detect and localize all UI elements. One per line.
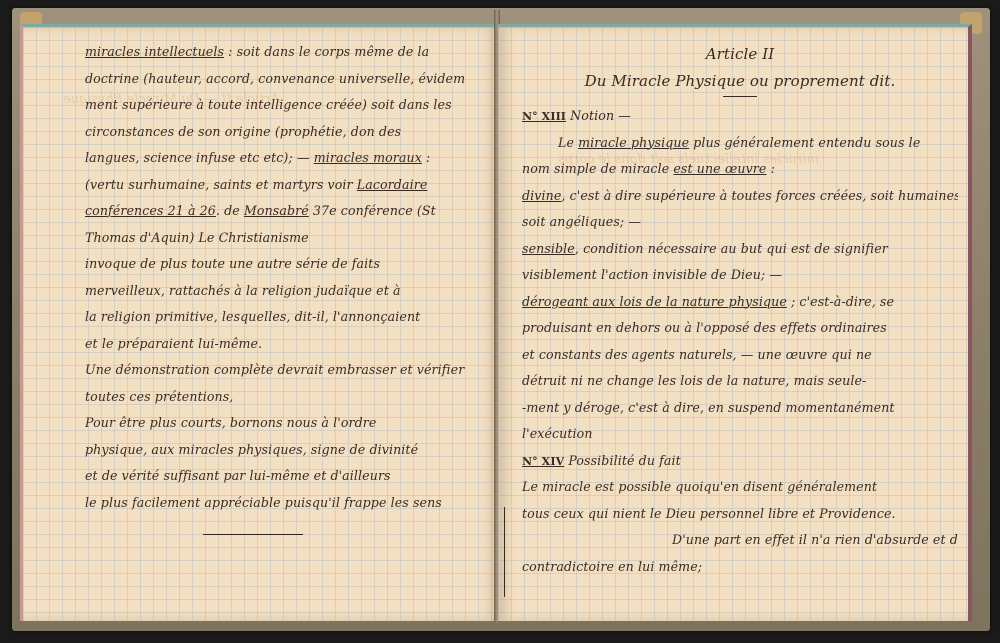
handwritten-line: Pour être plus courts, bornons nous à l'… [85, 410, 493, 437]
handwritten-line: sensible, condition nécessaire au but qu… [522, 236, 958, 263]
handwritten-line: visiblement l'action invisible de Dieu; … [522, 262, 958, 289]
text-run: visiblement l'action invisible de Dieu; … [522, 267, 782, 282]
underlined-phrase: Monsabré [244, 203, 309, 218]
heading-dash [723, 96, 757, 97]
text-run: ; c'est-à-dire, se [787, 294, 894, 309]
handwritten-line: physique, aux miracles physiques, signe … [85, 437, 493, 464]
handwritten-line: circonstances de son origine (prophétie,… [85, 119, 493, 146]
underlined-phrase: est une œuvre [673, 161, 766, 176]
text-run: -ment y déroge, c'est à dire, en suspend… [522, 400, 895, 415]
handwritten-line: l'exécution [522, 421, 958, 448]
handwritten-line: langues, science infuse etc etc); — mira… [85, 145, 493, 172]
handwritten-line: dérogeant aux lois de la nature physique… [522, 289, 958, 316]
handwritten-line: ment supérieure à toute intelligence cré… [85, 92, 493, 119]
handwritten-line: Le miracle physique plus généralement en… [522, 130, 958, 157]
text-run: (vertu surhumaine, saints et martyrs voi… [85, 177, 357, 192]
underlined-phrase: miracle physique [578, 135, 689, 150]
handwritten-line: et de vérité suffisant par lui-même et d… [85, 463, 493, 490]
handwritten-line: nom simple de miracle est une œuvre : [522, 156, 958, 183]
section-title: Notion — [570, 108, 631, 123]
underlined-phrase: Lacordaire [357, 177, 428, 192]
handwritten-line: (vertu surhumaine, saints et martyrs voi… [85, 172, 493, 199]
text-run: invoque de plus toute une autre série de… [85, 256, 380, 271]
handwritten-line: Le miracle est possible quoiqu'en disent… [522, 474, 958, 501]
article-heading: Article II [522, 41, 958, 68]
section-heading-13: N° XIII Notion — [522, 103, 958, 130]
right-page: miracles intellectuels soit dans le corp… [498, 24, 972, 621]
right-page-text: Article II Du Miracle Physique ou propre… [522, 41, 958, 580]
text-run: ment supérieure à toute intelligence cré… [85, 97, 452, 112]
text-run: , c'est à dire supérieure à toutes force… [561, 188, 958, 203]
text-run: Le [558, 135, 578, 150]
margin-bracket [504, 507, 505, 597]
text-run: contradictoire en lui même; [522, 559, 702, 574]
text-run: l'exécution [522, 426, 593, 441]
text-run: nom simple de miracle [522, 161, 673, 176]
section-end-rule [203, 534, 303, 535]
text-run: merveilleux, rattachés à la religion jud… [85, 283, 401, 298]
handwritten-line: Une démonstration complète devrait embra… [85, 357, 493, 384]
text-run: D'une part en effet il n'a rien d'absurd… [672, 532, 958, 547]
text-run: et le préparaient lui-même. [85, 336, 262, 351]
handwritten-line: doctrine (hauteur, accord, convenance un… [85, 66, 493, 93]
handwritten-line: -ment y déroge, c'est à dire, en suspend… [522, 395, 958, 422]
text-run: : soit dans le corps même de la [224, 44, 429, 59]
text-run: tous ceux qui nient le Dieu personnel li… [522, 506, 896, 521]
text-run: le plus facilement appréciable puisqu'il… [85, 495, 442, 510]
text-run: Une démonstration complète devrait embra… [85, 362, 464, 377]
section-13-body: Le miracle physique plus généralement en… [522, 130, 958, 448]
text-run: Le miracle est possible quoiqu'en disent… [522, 479, 877, 494]
text-run: toutes ces prétentions, [85, 389, 233, 404]
text-run: plus généralement entendu sous le [689, 135, 920, 150]
section-14-body: Le miracle est possible quoiqu'en disent… [522, 474, 958, 580]
text-run: et constants des agents naturels, — une … [522, 347, 872, 362]
handwritten-line: et constants des agents naturels, — une … [522, 342, 958, 369]
text-run: la religion primitive, lesquelles, dit-i… [85, 309, 420, 324]
text-run: soit angéliques; — [522, 214, 641, 229]
handwritten-line: D'une part en effet il n'a rien d'absurd… [522, 527, 958, 554]
section-heading-14: N° XIV Possibilité du fait [522, 448, 958, 475]
handwritten-line: et le préparaient lui-même. [85, 331, 493, 358]
underlined-phrase: dérogeant aux lois de la nature physique [522, 294, 787, 309]
text-run: Thomas d'Aquin) Le Christianisme [85, 230, 309, 245]
text-run: . de [216, 203, 244, 218]
handwritten-line: miracles intellectuels : soit dans le co… [85, 39, 493, 66]
text-run: détruit ni ne change les lois de la natu… [522, 373, 866, 388]
handwritten-line: tous ceux qui nient le Dieu personnel li… [522, 501, 958, 528]
underlined-phrase: miracles intellectuels [85, 44, 224, 59]
text-run: physique, aux miracles physiques, signe … [85, 442, 418, 457]
handwritten-line: détruit ni ne change les lois de la natu… [522, 368, 958, 395]
text-run: : [422, 150, 430, 165]
text-run: : [766, 161, 774, 176]
underlined-phrase: miracles moraux [314, 150, 422, 165]
handwritten-line: soit angéliques; — [522, 209, 958, 236]
handwritten-line: la religion primitive, lesquelles, dit-i… [85, 304, 493, 331]
handwritten-line: conférences 21 à 26. de Monsabré 37e con… [85, 198, 493, 225]
handwritten-line: merveilleux, rattachés à la religion jud… [85, 278, 493, 305]
notebook-spread: Article II — Du Miracle Physique miracle… [0, 0, 1000, 643]
handwritten-line: contradictoire en lui même; [522, 554, 958, 581]
handwritten-line: le plus facilement appréciable puisqu'il… [85, 490, 493, 517]
section-title: Possibilité du fait [568, 453, 681, 468]
underlined-phrase: sensible [522, 241, 575, 256]
handwritten-line: toutes ces prétentions, [85, 384, 493, 411]
handwritten-line: divine, c'est à dire supérieure à toutes… [522, 183, 958, 210]
text-run: Pour être plus courts, bornons nous à l'… [85, 415, 376, 430]
text-run: , condition nécessaire au but qui est de… [575, 241, 888, 256]
handwritten-line: Thomas d'Aquin) Le Christianisme [85, 225, 493, 252]
text-run: langues, science infuse etc etc); — [85, 150, 314, 165]
underlined-phrase: divine [522, 188, 561, 203]
article-subheading: Du Miracle Physique ou proprement dit. [522, 68, 958, 95]
underlined-phrase: conférences 21 à 26 [85, 203, 216, 218]
left-page: Article II — Du Miracle Physique miracle… [20, 24, 499, 621]
text-run: 37e conférence (St [309, 203, 436, 218]
text-run: et de vérité suffisant par lui-même et d… [85, 468, 391, 483]
section-number: N° XIV [522, 455, 564, 468]
left-page-text: miracles intellectuels : soit dans le co… [85, 39, 493, 516]
text-run: doctrine (hauteur, accord, convenance un… [85, 71, 465, 86]
text-run: circonstances de son origine (prophétie,… [85, 124, 401, 139]
text-run: produisant en dehors ou à l'opposé des e… [522, 320, 887, 335]
section-number: N° XIII [522, 110, 566, 123]
handwritten-line: produisant en dehors ou à l'opposé des e… [522, 315, 958, 342]
handwritten-line: invoque de plus toute une autre série de… [85, 251, 493, 278]
